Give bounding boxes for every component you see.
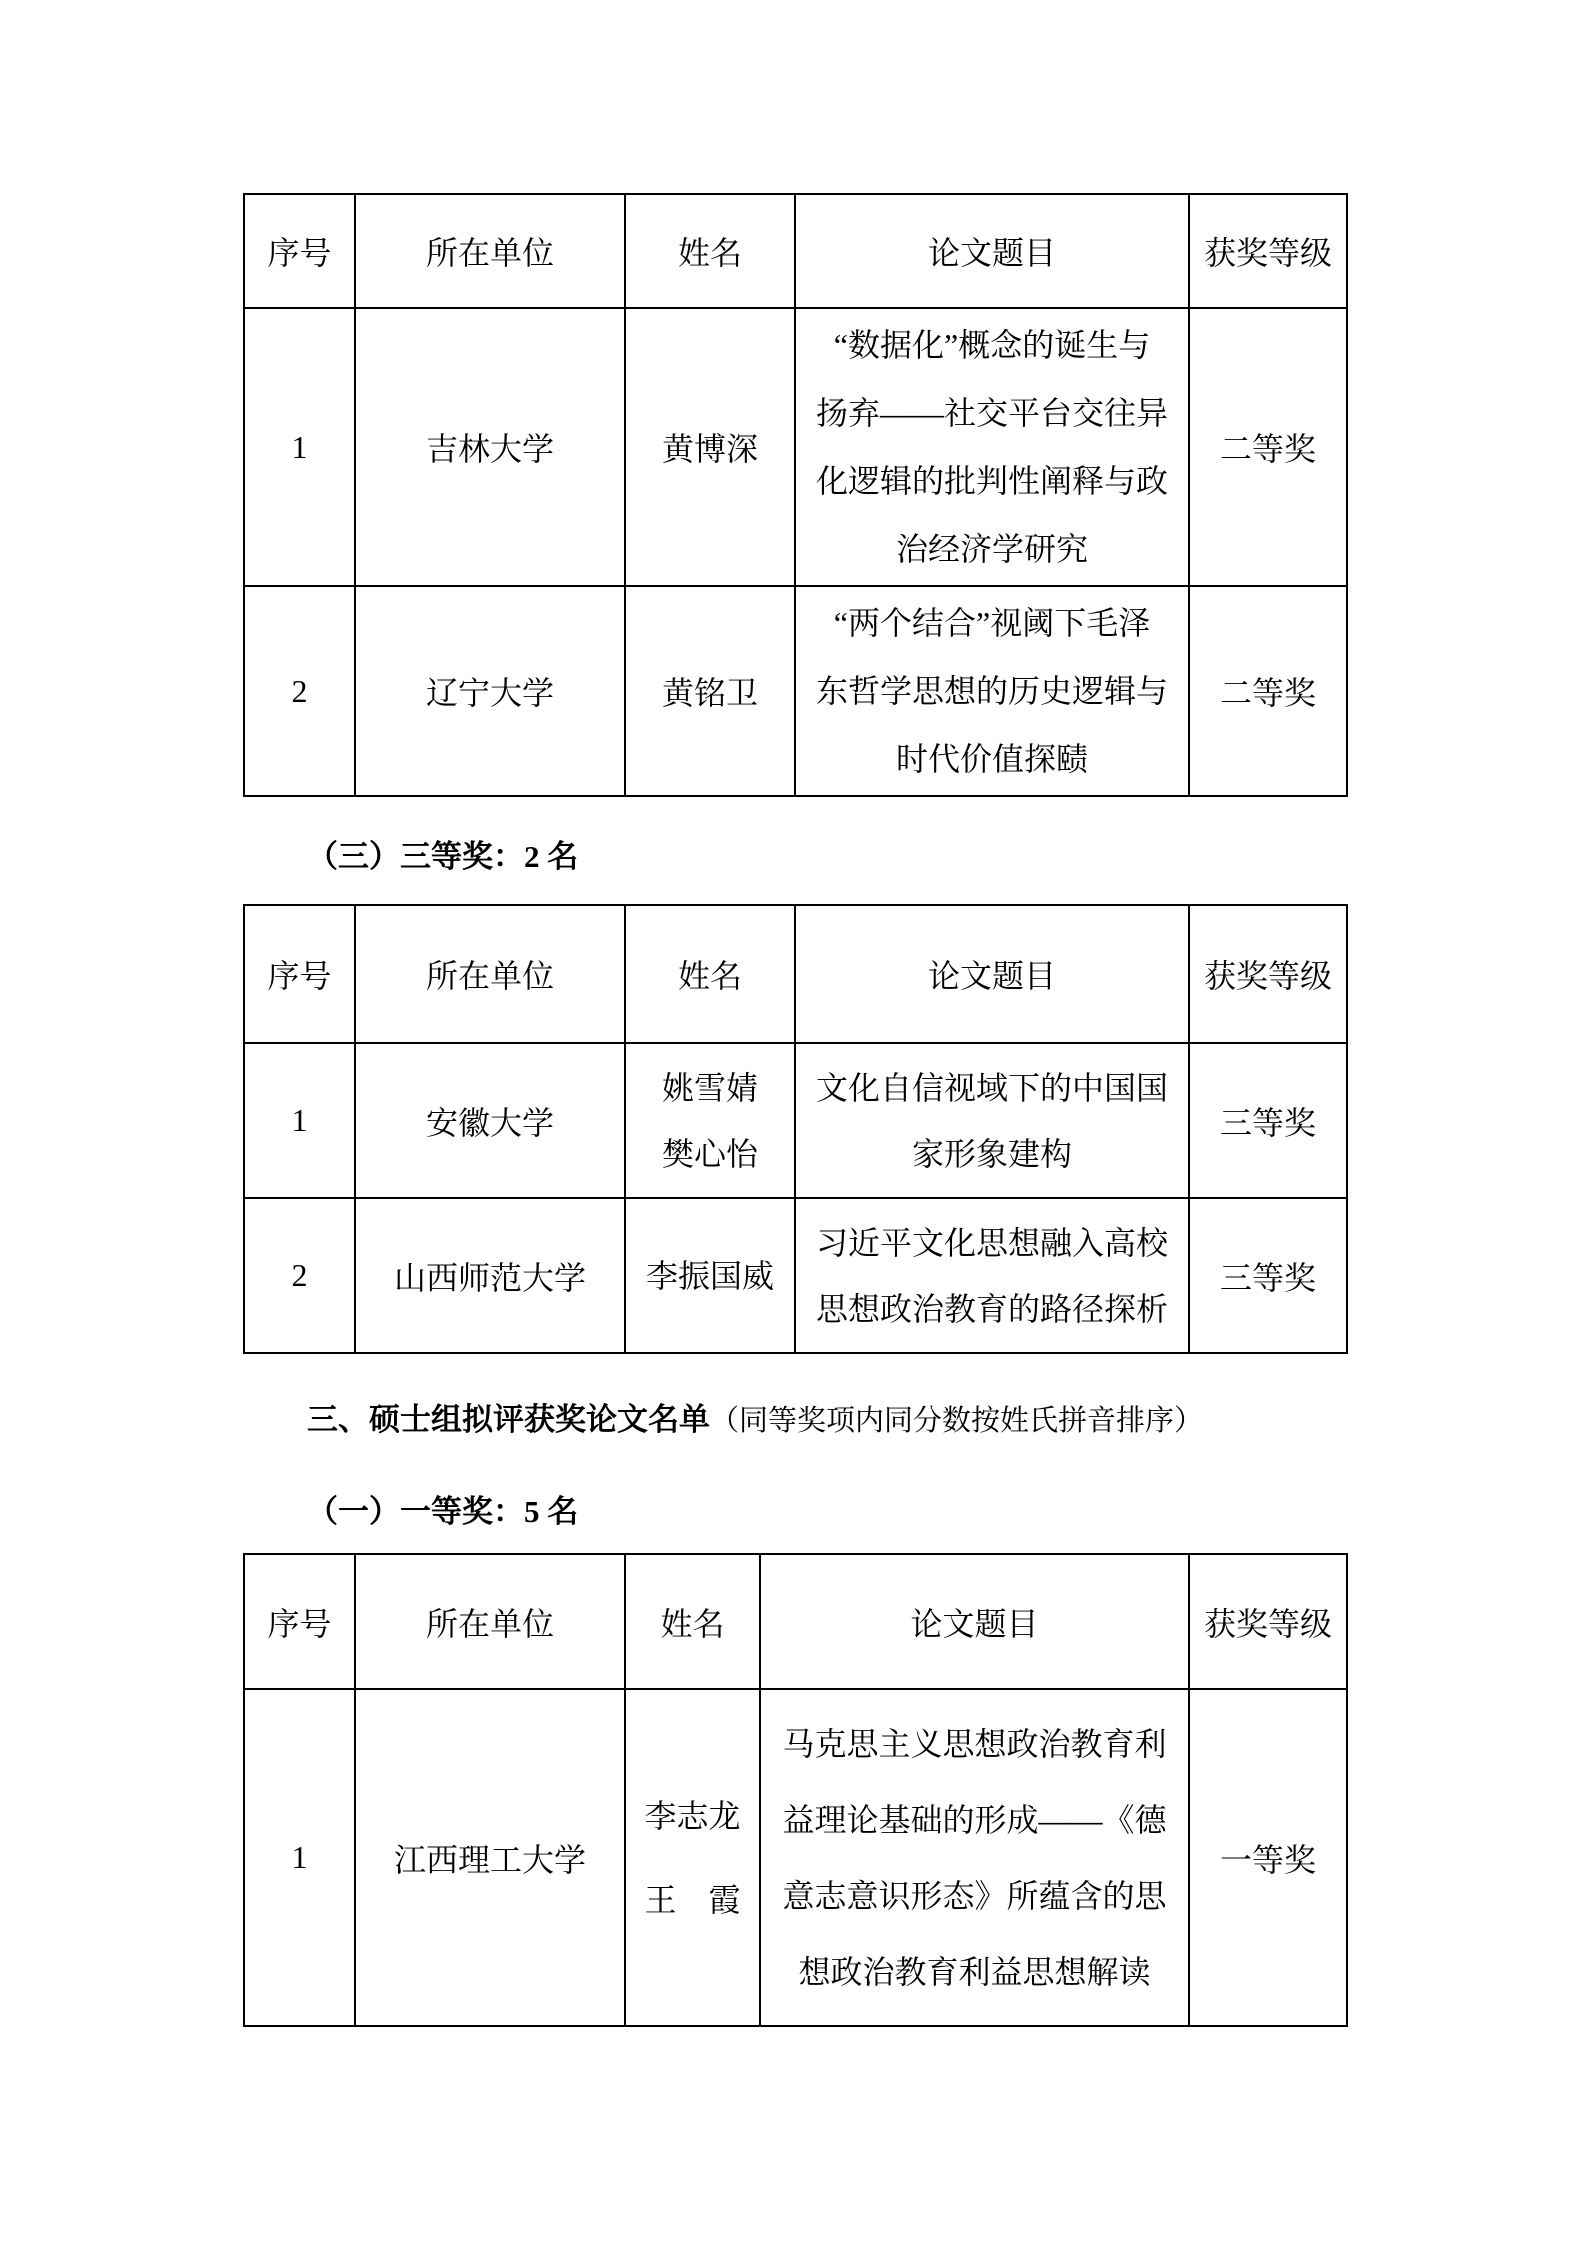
- row-unit: 山西师范大学: [394, 1260, 586, 1296]
- cell-name: 李振国威: [625, 1198, 795, 1353]
- row-title-line: 习近平文化思想融入高校: [796, 1210, 1188, 1276]
- cell-no: 2: [244, 1198, 355, 1353]
- master-section-heading-note: （同等奖项内同分数按姓氏拼音排序）: [710, 1405, 1203, 1437]
- col-header-no: 序号: [244, 194, 355, 308]
- row-title-line: 意志意识形态》所蕴含的思: [761, 1858, 1188, 1934]
- row-unit: 辽宁大学: [426, 675, 554, 711]
- col-header-title: 论文题目: [795, 905, 1189, 1043]
- row-name-line: 黄铭卫: [626, 668, 794, 714]
- cell-name: 姚雪婧 樊心怡: [625, 1043, 795, 1198]
- row-no: 1: [292, 1839, 308, 1875]
- first-prize-heading: （一）一等奖：5 名: [307, 1494, 578, 1530]
- row-award: 二等奖: [1220, 675, 1316, 711]
- cell-no: 1: [244, 1043, 355, 1198]
- cell-name: 黄铭卫: [625, 586, 795, 796]
- table-row: 2 山西师范大学 李振国威 习近平文化思想融入高校 思想政治教育的路径探析 三等…: [244, 1198, 1347, 1353]
- row-award: 三等奖: [1220, 1105, 1316, 1141]
- cell-no: 2: [244, 586, 355, 796]
- row-title-line: 扬弃——社交平台交往异: [796, 379, 1188, 447]
- cell-unit: 山西师范大学: [355, 1198, 625, 1353]
- row-unit: 吉林大学: [426, 431, 554, 467]
- row-name-line: 李振国威: [626, 1243, 794, 1309]
- cell-name: 黄博深: [625, 308, 795, 586]
- cell-award: 二等奖: [1189, 586, 1347, 796]
- cell-title: 文化自信视域下的中国国 家形象建构: [795, 1043, 1189, 1198]
- col-header-award: 获奖等级: [1189, 905, 1347, 1043]
- col-header-unit: 所在单位: [355, 905, 625, 1043]
- document-page: 序号 所在单位 姓名 论文题目 获奖等级 1 吉林大学 黄博深 “数据化”概念的…: [0, 0, 1587, 2245]
- cell-name: 李志龙 王 霞: [625, 1689, 760, 2026]
- cell-no: 1: [244, 1689, 355, 2026]
- row-no: 2: [292, 1257, 308, 1293]
- row-no: 1: [292, 1102, 308, 1138]
- row-name-line: 李志龙: [626, 1774, 759, 1858]
- col-header-no: 序号: [244, 905, 355, 1043]
- col-header-no: 序号: [244, 1554, 355, 1689]
- row-title-line: 家形象建构: [796, 1121, 1188, 1187]
- row-name-line: 黄博深: [626, 424, 794, 470]
- row-no: 1: [292, 429, 308, 465]
- col-header-award: 获奖等级: [1189, 1554, 1347, 1689]
- table-row: 1 江西理工大学 李志龙 王 霞 马克思主义思想政治教育利 益理论基础的形成——…: [244, 1689, 1347, 2026]
- row-title-line: 治经济学研究: [796, 515, 1188, 583]
- row-award: 二等奖: [1220, 431, 1316, 467]
- table-header-row: 序号 所在单位 姓名 论文题目 获奖等级: [244, 1554, 1347, 1689]
- row-unit: 安徽大学: [426, 1105, 554, 1141]
- cell-title: “两个结合”视阈下毛泽 东哲学思想的历史逻辑与 时代价值探赜: [795, 586, 1189, 796]
- cell-title: 习近平文化思想融入高校 思想政治教育的路径探析: [795, 1198, 1189, 1353]
- col-header-unit: 所在单位: [355, 194, 625, 308]
- cell-title: 马克思主义思想政治教育利 益理论基础的形成——《德 意志意识形态》所蕴含的思 想…: [760, 1689, 1189, 2026]
- doctoral-third-prize-table: 序号 所在单位 姓名 论文题目 获奖等级 1 安徽大学 姚雪婧 樊心怡 文化自信…: [243, 904, 1348, 1354]
- table-row: 1 安徽大学 姚雪婧 樊心怡 文化自信视域下的中国国 家形象建构 三等奖: [244, 1043, 1347, 1198]
- col-header-unit: 所在单位: [355, 1554, 625, 1689]
- cell-unit: 安徽大学: [355, 1043, 625, 1198]
- cell-no: 1: [244, 308, 355, 586]
- row-name-line: 姚雪婧: [626, 1055, 794, 1121]
- row-title-line: 时代价值探赜: [796, 725, 1188, 793]
- cell-title: “数据化”概念的诞生与 扬弃——社交平台交往异 化逻辑的批判性阐释与政 治经济学…: [795, 308, 1189, 586]
- cell-unit: 吉林大学: [355, 308, 625, 586]
- table-header-row: 序号 所在单位 姓名 论文题目 获奖等级: [244, 905, 1347, 1043]
- master-section-heading-main: 三、硕士组拟评获奖论文名单: [307, 1402, 710, 1437]
- doctoral-second-prize-table: 序号 所在单位 姓名 论文题目 获奖等级 1 吉林大学 黄博深 “数据化”概念的…: [243, 193, 1348, 797]
- row-title-line: 益理论基础的形成——《德: [761, 1782, 1188, 1858]
- row-title-line: 文化自信视域下的中国国: [796, 1055, 1188, 1121]
- cell-unit: 辽宁大学: [355, 586, 625, 796]
- col-header-award: 获奖等级: [1189, 194, 1347, 308]
- col-header-name: 姓名: [625, 905, 795, 1043]
- col-header-name: 姓名: [625, 1554, 760, 1689]
- row-no: 2: [292, 673, 308, 709]
- row-title-line: 化逻辑的批判性阐释与政: [796, 447, 1188, 515]
- table-row: 2 辽宁大学 黄铭卫 “两个结合”视阈下毛泽 东哲学思想的历史逻辑与 时代价值探…: [244, 586, 1347, 796]
- third-prize-heading: （三）三等奖：2 名: [307, 839, 578, 875]
- row-unit: 江西理工大学: [394, 1842, 586, 1878]
- row-award: 三等奖: [1220, 1260, 1316, 1296]
- row-title-line: “两个结合”视阈下毛泽: [796, 589, 1188, 657]
- row-title-line: 想政治教育利益思想解读: [761, 1934, 1188, 2010]
- cell-award: 二等奖: [1189, 308, 1347, 586]
- cell-unit: 江西理工大学: [355, 1689, 625, 2026]
- master-first-prize-table: 序号 所在单位 姓名 论文题目 获奖等级 1 江西理工大学 李志龙 王 霞 马克…: [243, 1553, 1348, 2027]
- row-award: 一等奖: [1220, 1842, 1316, 1878]
- row-title-line: 东哲学思想的历史逻辑与: [796, 657, 1188, 725]
- row-name-line: 王 霞: [626, 1858, 759, 1942]
- table-header-row: 序号 所在单位 姓名 论文题目 获奖等级: [244, 194, 1347, 308]
- row-title-line: 思想政治教育的路径探析: [796, 1276, 1188, 1342]
- row-title-line: 马克思主义思想政治教育利: [761, 1706, 1188, 1782]
- col-header-title: 论文题目: [795, 194, 1189, 308]
- row-title-line: “数据化”概念的诞生与: [796, 311, 1188, 379]
- col-header-name: 姓名: [625, 194, 795, 308]
- cell-award: 三等奖: [1189, 1043, 1347, 1198]
- row-name-line: 樊心怡: [626, 1121, 794, 1187]
- table-row: 1 吉林大学 黄博深 “数据化”概念的诞生与 扬弃——社交平台交往异 化逻辑的批…: [244, 308, 1347, 586]
- cell-award: 一等奖: [1189, 1689, 1347, 2026]
- col-header-title: 论文题目: [760, 1554, 1189, 1689]
- cell-award: 三等奖: [1189, 1198, 1347, 1353]
- master-section-heading: 三、硕士组拟评获奖论文名单（同等奖项内同分数按姓氏拼音排序）: [307, 1402, 1203, 1439]
